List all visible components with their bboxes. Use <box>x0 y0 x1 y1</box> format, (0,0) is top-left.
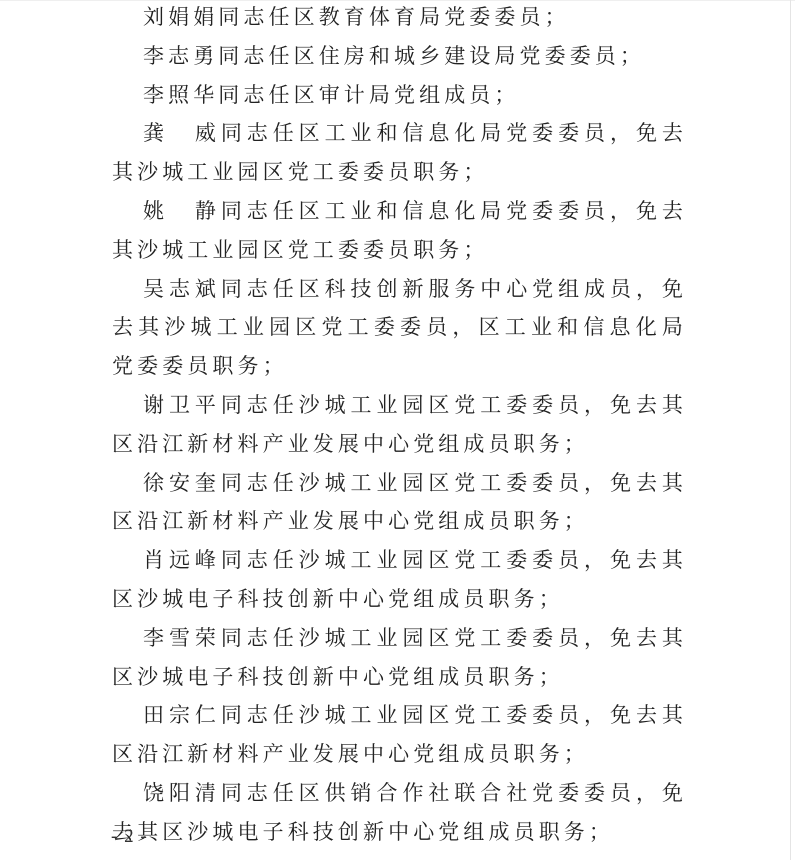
appointment-paragraph: 李志勇同志任区住房和城乡建设局党委委员； <box>112 37 687 76</box>
appointment-paragraph: 姚 静同志任区工业和信息化局党委委员，免去其沙城工业园区党工委委员职务； <box>112 192 687 270</box>
appointment-paragraph: 田宗仁同志任沙城工业园区党工委委员，免去其区沿江新材料产业发展中心党组成员职务； <box>112 696 687 774</box>
appointment-paragraph: 谢卫平同志任沙城工业园区党工委委员，免去其区沿江新材料产业发展中心党组成员职务； <box>112 386 687 464</box>
appointment-paragraph: 李雪荣同志任沙城工业园区党工委委员，免去其区沙城电子科技创新中心党组成员职务； <box>112 619 687 697</box>
page-right-edge <box>790 0 791 860</box>
appointment-paragraph: 饶阳清同志任区供销合作社联合社党委委员，免去其区沙城电子科技创新中心党组成员职务… <box>112 774 687 852</box>
appointment-paragraph: 吴志斌同志任区科技创新服务中心党组成员，免去其沙城工业园区党工委委员，区工业和信… <box>112 270 687 386</box>
appointment-paragraph: 徐安奎同志任沙城工业园区党工委委员，免去其区沿江新材料产业发展中心党组成员职务； <box>112 464 687 542</box>
appointment-paragraph: 刘娟娟同志任区教育体育局党委委员； <box>112 0 687 37</box>
document-body: 刘娟娟同志任区教育体育局党委委员； 李志勇同志任区住房和城乡建设局党委委员； 李… <box>112 0 687 852</box>
appointment-paragraph: 李照华同志任区审计局党组成员； <box>112 76 687 115</box>
appointment-paragraph: 龚 威同志任区工业和信息化局党委委员，免去其沙城工业园区党工委委员职务； <box>112 114 687 192</box>
appointment-paragraph: 肖远峰同志任沙城工业园区党工委委员，免去其区沙城电子科技创新中心党组成员职务； <box>112 541 687 619</box>
page-number: - 2 - <box>111 826 148 848</box>
document-page: 刘娟娟同志任区教育体育局党委委员； 李志勇同志任区住房和城乡建设局党委委员； 李… <box>0 0 795 860</box>
